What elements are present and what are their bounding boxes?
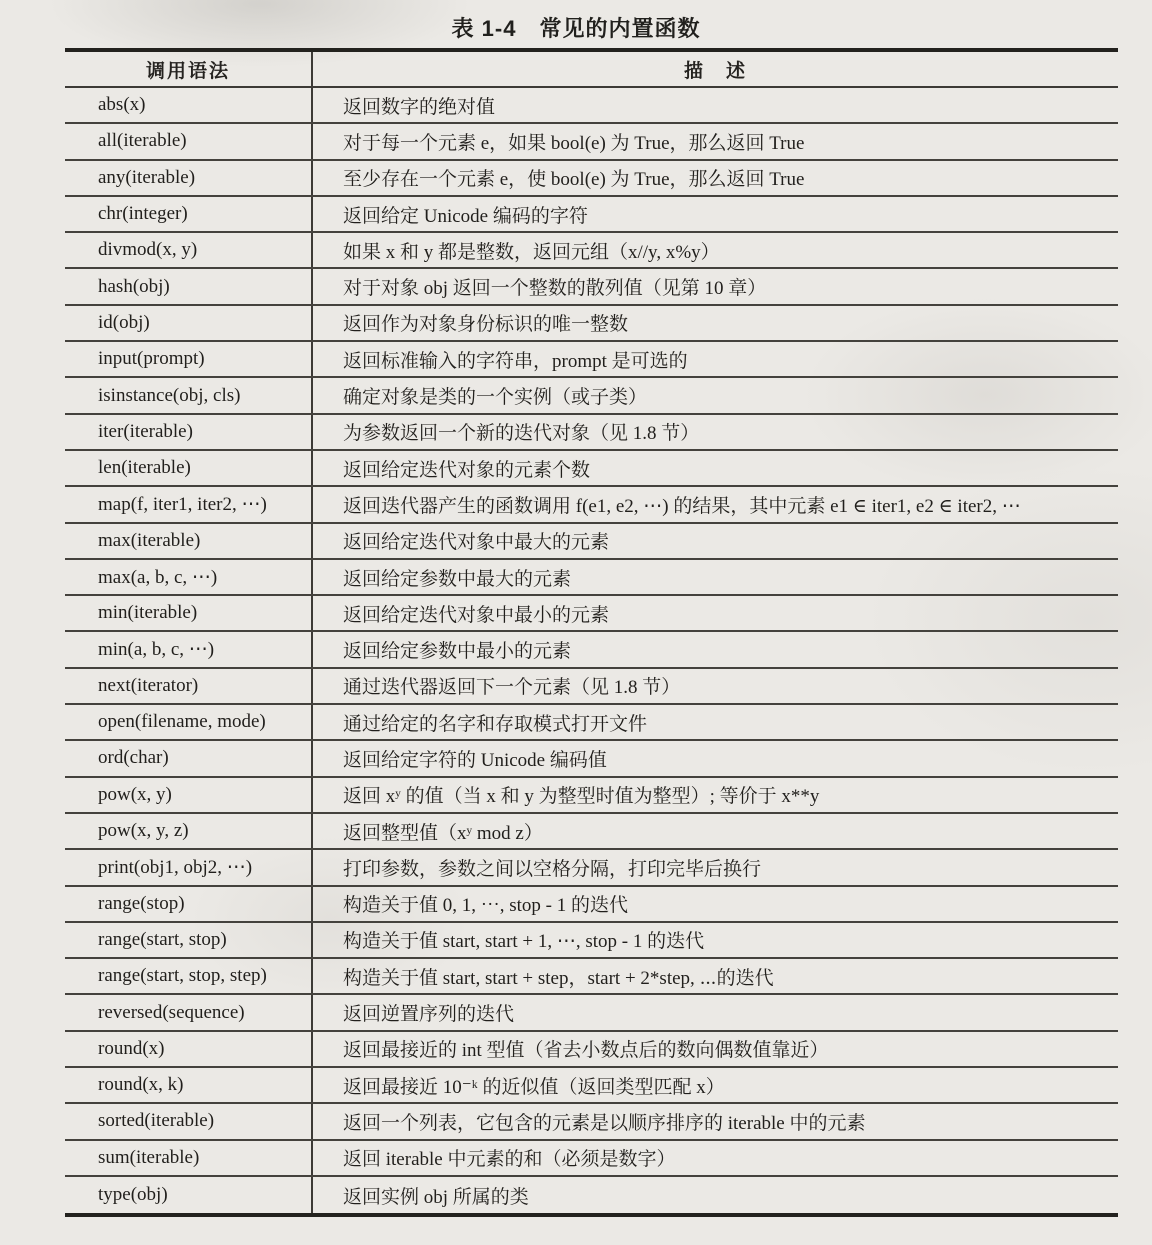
syntax-cell: map(f, iter1, iter2, ⋯) [65, 487, 313, 521]
page-title: 表 1-4 常见的内置函数 [0, 12, 1152, 43]
table-row: abs(x) 返回数字的绝对值 [65, 88, 1118, 124]
syntax-cell: max(a, b, c, ⋯) [65, 560, 313, 594]
table-row: divmod(x, y) 如果 x 和 y 都是整数，返回元组（x//y, x%… [65, 233, 1118, 269]
table-header-row: 调用语法 描 述 [65, 52, 1118, 88]
table-row: chr(integer) 返回给定 Unicode 编码的字符 [65, 197, 1118, 233]
desc-cell: 返回迭代器产生的函数调用 f(e1, e2, ⋯) 的结果，其中元素 e1 ∈ … [313, 487, 1118, 521]
desc-cell: 返回整型值（xʸ mod z） [313, 814, 1118, 848]
table-row: id(obj) 返回作为对象身份标识的唯一整数 [65, 306, 1118, 342]
desc-cell: 返回数字的绝对值 [313, 88, 1118, 122]
table-row: ord(char) 返回给定字符的 Unicode 编码值 [65, 741, 1118, 777]
desc-cell: 如果 x 和 y 都是整数，返回元组（x//y, x%y） [313, 233, 1118, 267]
desc-cell: 返回给定迭代对象中最小的元素 [313, 596, 1118, 630]
table-body: abs(x) 返回数字的绝对值 all(iterable) 对于每一个元素 e，… [65, 88, 1118, 1213]
desc-cell: 通过给定的名字和存取模式打开文件 [313, 705, 1118, 739]
table-row: sum(iterable) 返回 iterable 中元素的和（必须是数字） [65, 1141, 1118, 1177]
table-row: range(start, stop, step) 构造关于值 start, st… [65, 959, 1118, 995]
syntax-cell: print(obj1, obj2, ⋯) [65, 850, 313, 884]
table-row: reversed(sequence) 返回逆置序列的迭代 [65, 995, 1118, 1031]
table-row: all(iterable) 对于每一个元素 e，如果 bool(e) 为 Tru… [65, 124, 1118, 160]
table-row: iter(iterable) 为参数返回一个新的迭代对象（见 1.8 节） [65, 415, 1118, 451]
syntax-cell: len(iterable) [65, 451, 313, 485]
table-row: len(iterable) 返回给定迭代对象的元素个数 [65, 451, 1118, 487]
table-row: round(x, k) 返回最接近 10⁻ᵏ 的近似值（返回类型匹配 x） [65, 1068, 1118, 1104]
syntax-cell: open(filename, mode) [65, 705, 313, 739]
desc-cell: 返回 xʸ 的值（当 x 和 y 为整型时值为整型）; 等价于 x**y [313, 778, 1118, 812]
desc-cell: 返回逆置序列的迭代 [313, 995, 1118, 1029]
syntax-cell: chr(integer) [65, 197, 313, 231]
syntax-cell: abs(x) [65, 88, 313, 122]
syntax-cell: sum(iterable) [65, 1141, 313, 1175]
syntax-cell: reversed(sequence) [65, 995, 313, 1029]
syntax-cell: input(prompt) [65, 342, 313, 376]
syntax-cell: iter(iterable) [65, 415, 313, 449]
desc-cell: 返回 iterable 中元素的和（必须是数字） [313, 1141, 1118, 1175]
syntax-cell: min(a, b, c, ⋯) [65, 632, 313, 666]
desc-cell: 打印参数，参数之间以空格分隔，打印完毕后换行 [313, 850, 1118, 884]
desc-cell: 对于每一个元素 e，如果 bool(e) 为 True，那么返回 True [313, 124, 1118, 158]
syntax-cell: range(start, stop, step) [65, 959, 313, 993]
desc-cell: 为参数返回一个新的迭代对象（见 1.8 节） [313, 415, 1118, 449]
syntax-cell: divmod(x, y) [65, 233, 313, 267]
table-row: any(iterable) 至少存在一个元素 e，使 bool(e) 为 Tru… [65, 161, 1118, 197]
table-row: map(f, iter1, iter2, ⋯) 返回迭代器产生的函数调用 f(e… [65, 487, 1118, 523]
desc-cell: 构造关于值 start, start + 1, ⋯, stop - 1 的迭代 [313, 923, 1118, 957]
desc-cell: 返回给定迭代对象的元素个数 [313, 451, 1118, 485]
header-call-syntax: 调用语法 [65, 52, 313, 86]
syntax-cell: ord(char) [65, 741, 313, 775]
table-row: print(obj1, obj2, ⋯) 打印参数，参数之间以空格分隔，打印完毕… [65, 850, 1118, 886]
syntax-cell: round(x, k) [65, 1068, 313, 1102]
desc-cell: 返回一个列表，它包含的元素是以顺序排序的 iterable 中的元素 [313, 1104, 1118, 1138]
syntax-cell: all(iterable) [65, 124, 313, 158]
table-row: min(a, b, c, ⋯) 返回给定参数中最小的元素 [65, 632, 1118, 668]
syntax-cell: min(iterable) [65, 596, 313, 630]
header-description: 描 述 [313, 56, 1118, 83]
table-row: hash(obj) 对于对象 obj 返回一个整数的散列值（见第 10 章） [65, 269, 1118, 305]
table-row: max(iterable) 返回给定迭代对象中最大的元素 [65, 524, 1118, 560]
syntax-cell: range(stop) [65, 887, 313, 921]
desc-cell: 返回最接近的 int 型值（省去小数点后的数向偶数值靠近） [313, 1032, 1118, 1066]
desc-cell: 返回给定 Unicode 编码的字符 [313, 197, 1118, 231]
table-row: min(iterable) 返回给定迭代对象中最小的元素 [65, 596, 1118, 632]
table-row: round(x) 返回最接近的 int 型值（省去小数点后的数向偶数值靠近） [65, 1032, 1118, 1068]
table-row: isinstance(obj, cls) 确定对象是类的一个实例（或子类） [65, 378, 1118, 414]
desc-cell: 对于对象 obj 返回一个整数的散列值（见第 10 章） [313, 269, 1118, 303]
table-row: range(start, stop) 构造关于值 start, start + … [65, 923, 1118, 959]
syntax-cell: sorted(iterable) [65, 1104, 313, 1138]
syntax-cell: pow(x, y, z) [65, 814, 313, 848]
syntax-cell: hash(obj) [65, 269, 313, 303]
desc-cell: 构造关于值 0, 1, ⋯, stop - 1 的迭代 [313, 887, 1118, 921]
syntax-cell: type(obj) [65, 1177, 313, 1213]
syntax-cell: round(x) [65, 1032, 313, 1066]
desc-cell: 返回给定参数中最大的元素 [313, 560, 1118, 594]
desc-cell: 返回实例 obj 所属的类 [313, 1177, 1118, 1213]
desc-cell: 通过迭代器返回下一个元素（见 1.8 节） [313, 669, 1118, 703]
desc-cell: 返回最接近 10⁻ᵏ 的近似值（返回类型匹配 x） [313, 1068, 1118, 1102]
desc-cell: 构造关于值 start, start + step，start + 2*step… [313, 959, 1118, 993]
syntax-cell: isinstance(obj, cls) [65, 378, 313, 412]
syntax-cell: next(iterator) [65, 669, 313, 703]
syntax-cell: pow(x, y) [65, 778, 313, 812]
syntax-cell: id(obj) [65, 306, 313, 340]
table-row: range(stop) 构造关于值 0, 1, ⋯, stop - 1 的迭代 [65, 887, 1118, 923]
desc-cell: 返回给定参数中最小的元素 [313, 632, 1118, 666]
desc-cell: 返回作为对象身份标识的唯一整数 [313, 306, 1118, 340]
desc-cell: 返回标准输入的字符串，prompt 是可选的 [313, 342, 1118, 376]
table-row: pow(x, y, z) 返回整型值（xʸ mod z） [65, 814, 1118, 850]
table-row: max(a, b, c, ⋯) 返回给定参数中最大的元素 [65, 560, 1118, 596]
table-row: type(obj) 返回实例 obj 所属的类 [65, 1177, 1118, 1213]
table-row: input(prompt) 返回标准输入的字符串，prompt 是可选的 [65, 342, 1118, 378]
table-row: open(filename, mode) 通过给定的名字和存取模式打开文件 [65, 705, 1118, 741]
desc-cell: 至少存在一个元素 e，使 bool(e) 为 True，那么返回 True [313, 161, 1118, 195]
table-row: sorted(iterable) 返回一个列表，它包含的元素是以顺序排序的 it… [65, 1104, 1118, 1140]
syntax-cell: any(iterable) [65, 161, 313, 195]
table-row: next(iterator) 通过迭代器返回下一个元素（见 1.8 节） [65, 669, 1118, 705]
syntax-cell: range(start, stop) [65, 923, 313, 957]
desc-cell: 确定对象是类的一个实例（或子类） [313, 378, 1118, 412]
builtin-functions-table: 调用语法 描 述 abs(x) 返回数字的绝对值 all(iterable) 对… [65, 48, 1118, 1217]
syntax-cell: max(iterable) [65, 524, 313, 558]
desc-cell: 返回给定迭代对象中最大的元素 [313, 524, 1118, 558]
desc-cell: 返回给定字符的 Unicode 编码值 [313, 741, 1118, 775]
table-row: pow(x, y) 返回 xʸ 的值（当 x 和 y 为整型时值为整型）; 等价… [65, 778, 1118, 814]
